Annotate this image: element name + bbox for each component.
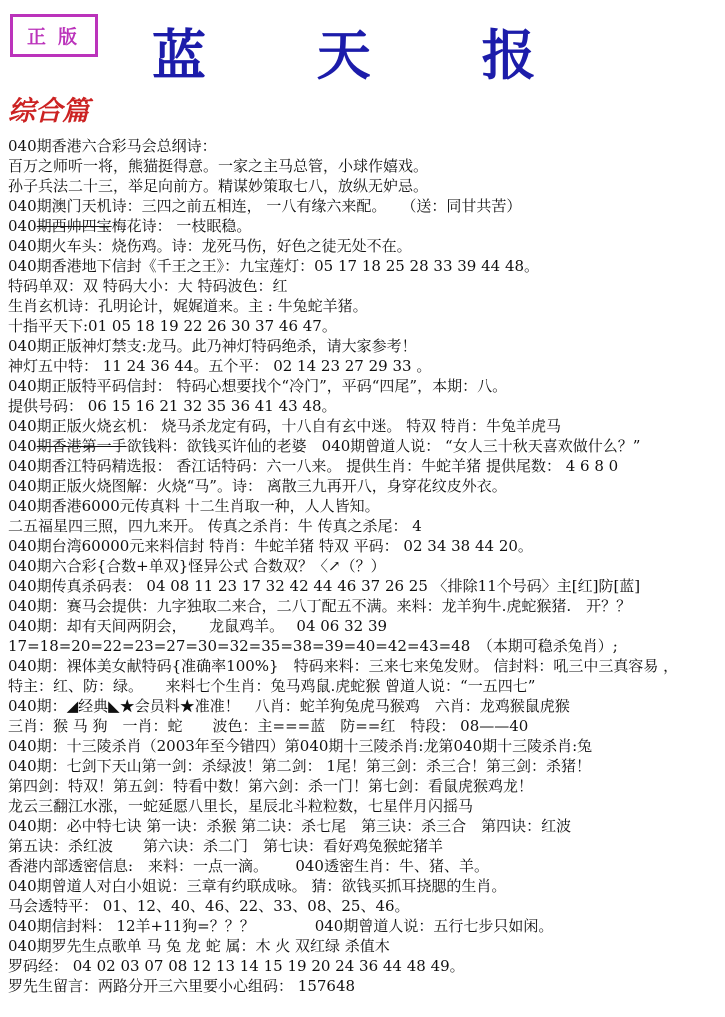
line-text: 040期火车头：烧伤鸡。诗：龙死马伤，好色之徒无处不在。	[8, 237, 412, 255]
line-text: 神灯五中特： 11 24 36 44。五个平： 02 14 23 27 29 3…	[8, 357, 431, 375]
text-line: 040期六合彩{合数+单双}怪异公式 合数双？〈↗（？）	[8, 556, 723, 576]
text-line: 040期正版火烧玄机： 烧马杀龙定有码，十八自有玄中迷。 特双 特肖：牛兔羊虎马	[8, 416, 723, 436]
text-line: 040期传真杀码表： 04 08 11 23 17 32 42 44 46 37…	[8, 576, 723, 596]
text-line: 040期西帅四宝梅花诗： 一枝眠稳。	[8, 216, 723, 236]
text-line: 17=18=20=22=23=27=30=32=35=38=39=40=42=4…	[8, 636, 723, 656]
text-line: 孙子兵法二十三，举足向前方。精谋妙策取七八，放纵无妒忌。	[8, 176, 723, 196]
line-text: 040期：赛马会提供：九字独取二来合，二八丁配五不满。来料：龙羊狗牛.虎蛇猴猪.…	[8, 597, 631, 615]
text-line: 040期正版火烧图解：火烧“马”。诗： 离散三九再开八，身穿花纹皮外衣。	[8, 476, 723, 496]
line-text: 罗先生留言：两路分开三六里要小心组码： 157648	[8, 977, 355, 995]
text-line: 040期曾道人对白小姐说：三章有约联成咏。 猜：欲钱买抓耳挠腮的生肖。	[8, 876, 723, 896]
text-line: 罗先生留言：两路分开三六里要小心组码： 157648	[8, 976, 723, 996]
text-line: 040期：裸体美女献特码{准确率100%} 特码来料：三来七来兔发财。 信封料：…	[8, 656, 723, 676]
line-text: 欲钱料：欲钱买许仙的老婆 040期曾道人说： “女人三十秋天喜欢做什么？”	[127, 437, 641, 455]
text-line: 040期台湾60000元来料信封 特肖：牛蛇羊猪 特双 平码： 02 34 38…	[8, 536, 723, 556]
line-text: 生肖玄机诗：孔明论计，娓娓道来。主 : 牛兔蛇羊猪。	[8, 297, 368, 315]
text-line: 040期火车头：烧伤鸡。诗：龙死马伤，好色之徒无处不在。	[8, 236, 723, 256]
text-line: 百万之师听一将，熊猫挺得意。一家之主马总管，小球作嬉戏。	[8, 156, 723, 176]
text-line: 040期香港六合彩马会总纲诗：	[8, 136, 723, 156]
text-line: 040期正版神灯禁支:龙马。此乃神灯特码绝杀，请大家参考！	[8, 336, 723, 356]
text-line: 特主：红、防：绿。 来料七个生肖：兔马鸡鼠.虎蛇猴 曾道人说：“一五四七”	[8, 676, 723, 696]
line-text: 二五福星四三照，四九来开。 传真之杀肖：牛 传真之杀尾： 4	[8, 517, 422, 535]
text-line: 040期：七剑下天山第一剑：杀绿波！第二剑： 1尾！第三剑：杀三合！第三剑：杀猪…	[8, 756, 723, 776]
text-line: 040期：却有天间两阴会， 龙鼠鸡羊。 04 06 32 39	[8, 616, 723, 636]
line-text: 17=18=20=22=23=27=30=32=35=38=39=40=42=4…	[8, 637, 618, 655]
line-text: 梅花诗： 一枝眠稳。	[112, 217, 252, 235]
text-line: 040期：◢经典◣★会员料★准准！ 八肖：蛇羊狗兔虎马猴鸡 六肖：龙鸡猴鼠虎猴	[8, 696, 723, 716]
line-text: 040期：◢经典◣★会员料★准准！ 八肖：蛇羊狗兔虎马猴鸡 六肖：龙鸡猴鼠虎猴	[8, 697, 570, 715]
text-line: 040期罗先生点歌单 马 兔 龙 蛇 属：木 火 双红绿 杀值木	[8, 936, 723, 956]
text-line: 040期正版特平码信封： 特码心想要找个“冷门”，平码“四尾”，本期：八。	[8, 376, 723, 396]
text-line: 040期香江特码精选报： 香江话特码：六一八来。 提供生肖：牛蛇羊猪 提供尾数：…	[8, 456, 723, 476]
text-line: 特码单双：双 特码大小：大 特码波色：红	[8, 276, 723, 296]
line-text: 三肖：猴 马 狗 一肖：蛇 波色：主===蓝 防==红 特段： 08——40	[8, 717, 528, 735]
line-text: 040	[8, 437, 37, 455]
text-line: 040期：十三陵杀肖（2003年至今错四）第040期十三陵杀肖:龙第040期十三…	[8, 736, 723, 756]
text-line: 香港内部透密信息: 来料：一点一滴。 040透密生肖：牛、猪、羊。	[8, 856, 723, 876]
text-line: 马会透特平： 01、12、40、46、22、33、08、25、46。	[8, 896, 723, 916]
text-line: 龙云三翻江水涨，一蛇延愿八里长，星辰北斗粒粒数，七星伴月闪摇马	[8, 796, 723, 816]
line-text: 孙子兵法二十三，举足向前方。精谋妙策取七八，放纵无妒忌。	[8, 177, 428, 195]
line-text: 040期：裸体美女献特码{准确率100%} 特码来料：三来七来兔发财。 信封料：…	[8, 657, 678, 675]
line-text: 040期正版神灯禁支:龙马。此乃神灯特码绝杀，请大家参考！	[8, 337, 417, 355]
line-text: 040期罗先生点歌单 马 兔 龙 蛇 属：木 火 双红绿 杀值木	[8, 937, 390, 955]
line-text: 040	[8, 217, 37, 235]
line-text: 040期正版火烧图解：火烧“马”。诗： 离散三九再开八，身穿花纹皮外衣。	[8, 477, 507, 495]
line-text: 040期信封料： 12羊+11狗=？？？ 040期曾道人说：五行七步只如闲。	[8, 917, 553, 935]
text-line: 罗码经： 04 02 03 07 08 12 13 14 15 19 20 24…	[8, 956, 723, 976]
line-text: 040期曾道人对白小姐说：三章有约联成咏。 猜：欲钱买抓耳挠腮的生肖。	[8, 877, 506, 895]
line-text: 第五诀：杀红波 第六诀：杀二门 第七诀：看好鸡兔猴蛇猪羊	[8, 837, 443, 855]
text-line: 040期香港第一手欲钱料：欲钱买许仙的老婆 040期曾道人说： “女人三十秋天喜…	[8, 436, 723, 456]
line-text: 特主：红、防：绿。 来料七个生肖：兔马鸡鼠.虎蛇猴 曾道人说：“一五四七”	[8, 677, 535, 695]
text-line: 040期信封料： 12羊+11狗=？？？ 040期曾道人说：五行七步只如闲。	[8, 916, 723, 936]
text-line: 神灯五中特： 11 24 36 44。五个平： 02 14 23 27 29 3…	[8, 356, 723, 376]
line-text: 特码单双：双 特码大小：大 特码波色：红	[8, 277, 288, 295]
text-line: 三肖：猴 马 狗 一肖：蛇 波色：主===蓝 防==红 特段： 08——40	[8, 716, 723, 736]
text-line: 040期：必中特七诀 第一诀：杀猴 第二诀：杀七尾 第三诀：杀三合 第四诀：红波	[8, 816, 723, 836]
text-line: 生肖玄机诗：孔明论计，娓娓道来。主 : 牛兔蛇羊猪。	[8, 296, 723, 316]
line-text: 040期正版火烧玄机： 烧马杀龙定有码，十八自有玄中迷。 特双 特肖：牛兔羊虎马	[8, 417, 561, 435]
line-text: 040期香江特码精选报： 香江话特码：六一八来。 提供生肖：牛蛇羊猪 提供尾数：…	[8, 457, 618, 475]
line-text: 040期六合彩{合数+单双}怪异公式 合数双？〈↗（？）	[8, 557, 386, 575]
text-line: 第五诀：杀红波 第六诀：杀二门 第七诀：看好鸡兔猴蛇猪羊	[8, 836, 723, 856]
line-text: 040期：十三陵杀肖（2003年至今错四）第040期十三陵杀肖:龙第040期十三…	[8, 737, 592, 755]
line-text: 040期：却有天间两阴会， 龙鼠鸡羊。 04 06 32 39	[8, 617, 387, 635]
line-text: 香港内部透密信息: 来料：一点一滴。 040透密生肖：牛、猪、羊。	[8, 857, 489, 875]
text-line: 第四剑：特双！第五剑：特看中数！第六剑：杀一门！第七剑：看鼠虎猴鸡龙！	[8, 776, 723, 796]
text-line: 040期香港地下信封《千王之王》：九宝莲灯：05 17 18 25 28 33 …	[8, 256, 723, 276]
line-text: 040期香港地下信封《千王之王》：九宝莲灯：05 17 18 25 28 33 …	[8, 257, 539, 275]
line-text: 百万之师听一将，熊猫挺得意。一家之主马总管，小球作嬉戏。	[8, 157, 428, 175]
line-text: 马会透特平： 01、12、40、46、22、33、08、25、46。	[8, 897, 410, 915]
line-text: 040期台湾60000元来料信封 特肖：牛蛇羊猪 特双 平码： 02 34 38…	[8, 537, 533, 555]
text-line: 十指平天下:01 05 18 19 22 26 30 37 46 47。	[8, 316, 723, 336]
page-title: 蓝 天 报	[0, 0, 725, 85]
text-line: 040期澳门天机诗：三四之前五相连， 一八有缘六来配。 （送：同甘共苦）	[8, 196, 723, 216]
line-text: 040期正版特平码信封： 特码心想要找个“冷门”，平码“四尾”，本期：八。	[8, 377, 507, 395]
text-line: 二五福星四三照，四九来开。 传真之杀肖：牛 传真之杀尾： 4	[8, 516, 723, 536]
line-text: 040期香港六合彩马会总纲诗：	[8, 137, 217, 155]
body-lines: 040期香港六合彩马会总纲诗：百万之师听一将，熊猫挺得意。一家之主马总管，小球作…	[0, 127, 725, 996]
newspaper-page: 正版 蓝 天 报 综合篇 040期香港六合彩马会总纲诗：百万之师听一将，熊猫挺得…	[0, 0, 725, 1017]
line-text: 龙云三翻江水涨，一蛇延愿八里长，星辰北斗粒粒数，七星伴月闪摇马	[8, 797, 473, 815]
text-line: 040期：赛马会提供：九字独取二来合，二八丁配五不满。来料：龙羊狗牛.虎蛇猴猪.…	[8, 596, 723, 616]
struck-text: 期香港第一手	[37, 437, 127, 455]
text-line: 提供号码： 06 15 16 21 32 35 36 41 43 48。	[8, 396, 723, 416]
line-text: 提供号码： 06 15 16 21 32 35 36 41 43 48。	[8, 397, 337, 415]
line-text: 第四剑：特双！第五剑：特看中数！第六剑：杀一门！第七剑：看鼠虎猴鸡龙！	[8, 777, 533, 795]
line-text: 040期传真杀码表： 04 08 11 23 17 32 42 44 46 37…	[8, 577, 640, 595]
line-text: 040期澳门天机诗：三四之前五相连， 一八有缘六来配。 （送：同甘共苦）	[8, 197, 521, 215]
line-text: 罗码经： 04 02 03 07 08 12 13 14 15 19 20 24…	[8, 957, 465, 975]
line-text: 040期香港6000元传真料 十二生肖取一种，人人皆知。	[8, 497, 380, 515]
authentic-badge: 正版	[10, 14, 98, 57]
line-text: 十指平天下:01 05 18 19 22 26 30 37 46 47。	[8, 317, 337, 335]
line-text: 040期：七剑下天山第一剑：杀绿波！第二剑： 1尾！第三剑：杀三合！第三剑：杀猪…	[8, 757, 591, 775]
section-heading: 综合篇	[0, 85, 725, 127]
struck-text: 期西帅四宝	[37, 217, 112, 235]
text-line: 040期香港6000元传真料 十二生肖取一种，人人皆知。	[8, 496, 723, 516]
line-text: 040期：必中特七诀 第一诀：杀猴 第二诀：杀七尾 第三诀：杀三合 第四诀：红波	[8, 817, 571, 835]
